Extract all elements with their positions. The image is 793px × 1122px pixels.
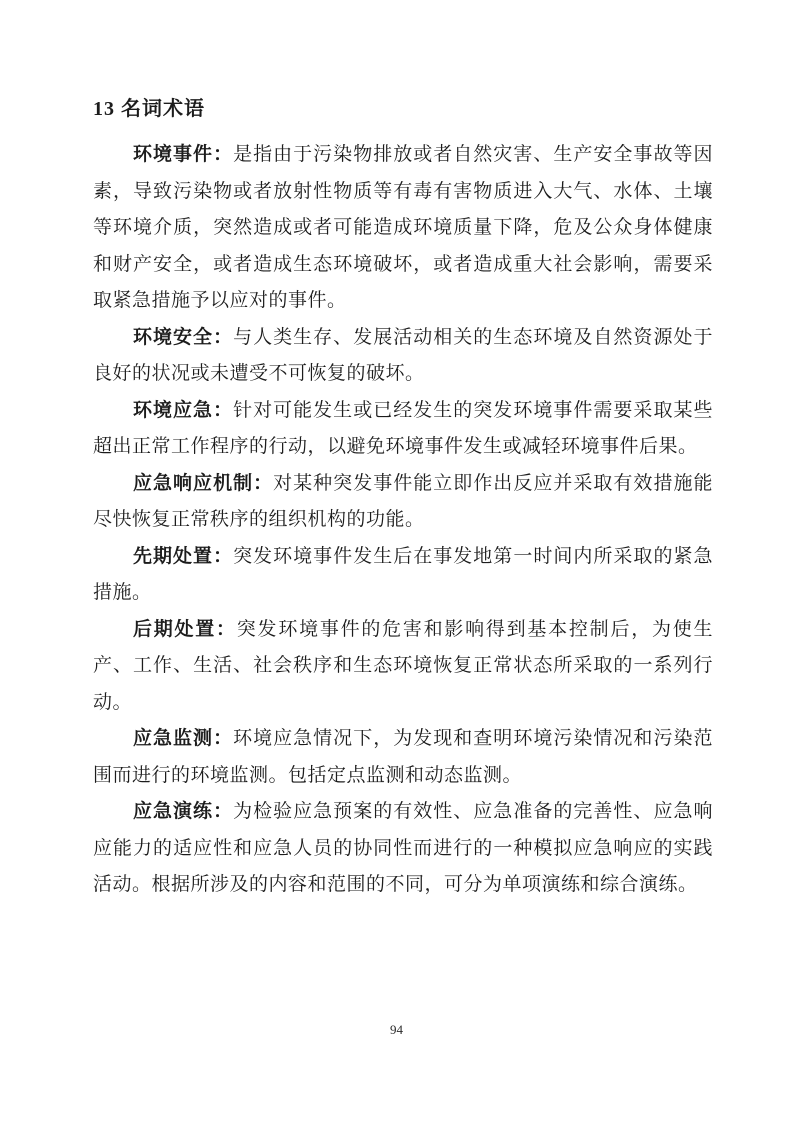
term-label: 应急演练： xyxy=(133,801,233,822)
page-content: 13 名词术语 环境事件：是指由于污染物排放或者自然灾害、生产安全事故等因素，导… xyxy=(93,92,713,904)
term-label: 先期处置： xyxy=(133,546,233,567)
term-label: 后期处置： xyxy=(133,619,237,640)
term-label: 应急响应机制： xyxy=(133,473,273,494)
page-number: 94 xyxy=(0,1022,793,1038)
term-paragraph-emergency-drill: 应急演练：为检验应急预案的有效性、应急准备的完善性、应急响应能力的适应性和应急人… xyxy=(93,794,713,904)
term-label: 环境事件： xyxy=(133,144,233,165)
term-definition: 是指由于污染物排放或者自然灾害、生产安全事故等因素，导致污染物或者放射性物质等有… xyxy=(93,144,713,311)
term-paragraph-response-mechanism: 应急响应机制：对某种突发事件能立即作出反应并采取有效措施能尽快恢复正常秩序的组织… xyxy=(93,466,713,539)
term-label: 应急监测： xyxy=(133,728,233,749)
term-paragraph-environment-safety: 环境安全：与人类生存、发展活动相关的生态环境及自然资源处于良好的状况或未遭受不可… xyxy=(93,320,713,393)
term-paragraph-later-disposal: 后期处置：突发环境事件的危害和影响得到基本控制后，为使生产、工作、生活、社会秩序… xyxy=(93,612,713,722)
term-label: 环境安全： xyxy=(133,327,233,348)
term-paragraph-initial-disposal: 先期处置：突发环境事件发生后在事发地第一时间内所采取的紧急措施。 xyxy=(93,539,713,612)
document-page: 13 名词术语 环境事件：是指由于污染物排放或者自然灾害、生产安全事故等因素，导… xyxy=(0,0,793,1122)
section-heading: 13 名词术语 xyxy=(93,92,713,121)
term-paragraph-environment-event: 环境事件：是指由于污染物排放或者自然灾害、生产安全事故等因素，导致污染物或者放射… xyxy=(93,137,713,320)
term-paragraph-environment-emergency: 环境应急：针对可能发生或已经发生的突发环境事件需要采取某些超出正常工作程序的行动… xyxy=(93,393,713,466)
term-label: 环境应急： xyxy=(133,400,233,421)
term-paragraph-emergency-monitoring: 应急监测：环境应急情况下，为发现和查明环境污染情况和污染范围而进行的环境监测。包… xyxy=(93,721,713,794)
